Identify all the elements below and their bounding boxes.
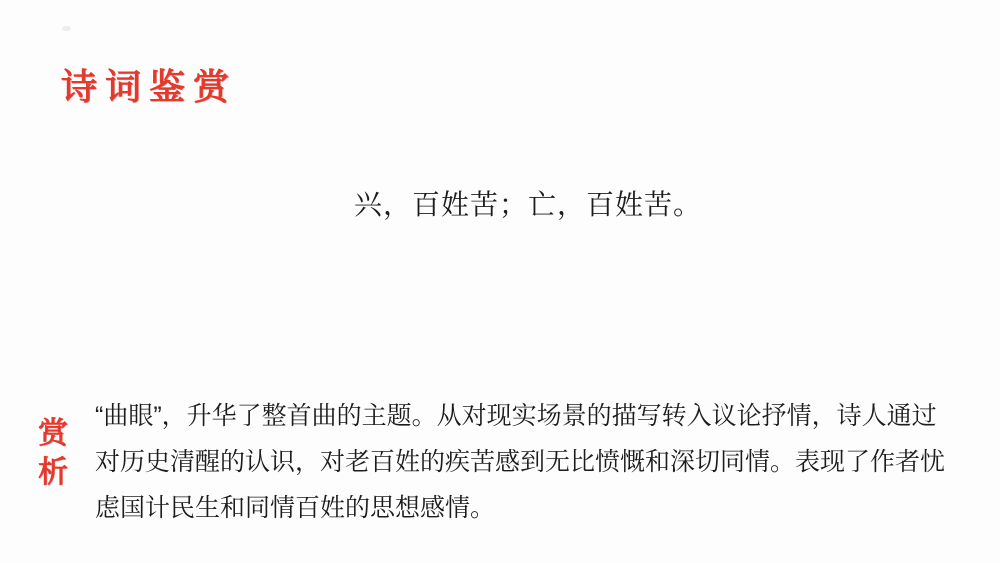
presentation-slide: 诗词鉴赏 兴，百姓苦；亡，百姓苦。 赏析 “曲眼”，升华了整首曲的主题。从对现实…: [0, 0, 1000, 563]
analysis-line: 对历史清醒的认识，对老百姓的疾苦感到无比愤慨和深切同情。表现了作者忧: [95, 439, 965, 485]
poem-quote: 兴，百姓苦；亡，百姓苦。: [354, 188, 702, 222]
analysis-line: 虑国计民生和同情百姓的思想感情。: [95, 485, 965, 531]
analysis-label: 赏析: [36, 414, 70, 492]
slide-title: 诗词鉴赏: [61, 68, 237, 106]
analysis-paragraph: “曲眼”，升华了整首曲的主题。从对现实场景的描写转入议论抒情，诗人通过 对历史清…: [95, 393, 965, 531]
analysis-line: “曲眼”，升华了整首曲的主题。从对现实场景的描写转入议论抒情，诗人通过: [95, 393, 965, 439]
faint-smudge-artifact: [62, 26, 71, 31]
